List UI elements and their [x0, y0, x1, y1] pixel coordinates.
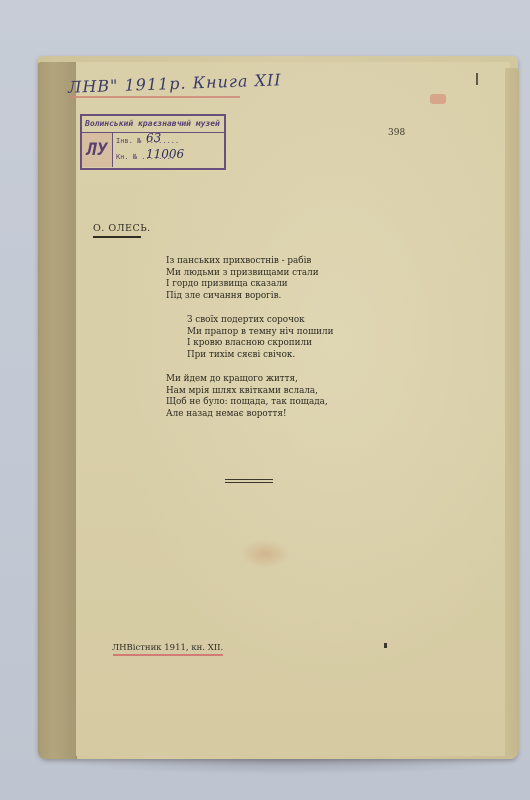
handwritten-underline	[70, 96, 240, 98]
poem-line: Ми прапор в темну ніч пошили	[187, 327, 333, 339]
poem-line: Ми людьми з призвищами стали	[166, 268, 319, 280]
poem-stanza: З своїх подертих сорочок Ми прапор в тем…	[187, 315, 333, 361]
stamp-code: ЛУ	[82, 133, 113, 167]
stamp-field-label: Інв. №	[116, 137, 141, 145]
footer-source: ЛНВістник 1911, кн. XII.	[112, 643, 223, 653]
poem-line: І кровю власною скропили	[187, 338, 333, 350]
booklet-spine	[38, 62, 77, 759]
paper-stain	[240, 540, 290, 568]
museum-stamp: Волинський краєзнавчий музей ЛУ Інв. № .…	[80, 114, 226, 170]
stamp-field-value: 11006	[146, 146, 184, 162]
poem-line: Під зле сичання ворогів.	[166, 291, 319, 303]
poem-line: Але назад немає вороття!	[166, 409, 328, 421]
author-name: О. ОЛЕСЬ.	[93, 223, 151, 234]
poem-line: Ми йдем до кращого життя,	[166, 374, 328, 386]
stamp-field-label: Кн. №	[116, 153, 137, 161]
poem-stanza: Ми йдем до кращого життя, Нам мрія шлях …	[166, 374, 328, 420]
stamp-field-value: 63	[146, 130, 161, 146]
footer-mark	[384, 643, 387, 648]
poem-line: При тихім сяєві свічок.	[187, 350, 333, 362]
poem-line: Нам мрія шлях квітками вслала,	[166, 386, 328, 398]
stamp-field-book: Кн. № ........ 11006	[116, 149, 224, 165]
red-smudge	[430, 94, 446, 104]
author-underline	[93, 236, 141, 238]
poem-line: З своїх подертих сорочок	[187, 315, 333, 327]
poem-line: Щоб не було: пощада, так пощада,	[166, 397, 328, 409]
corner-mark	[476, 73, 478, 85]
footer-underline	[113, 654, 223, 656]
page-edge	[505, 68, 519, 756]
poem-line: І гордо призвища сказали	[166, 279, 319, 291]
poem-line: Із панських прихвостнів - рабів	[166, 256, 319, 268]
page-number: 398	[388, 128, 405, 138]
poem-stanza: Із панських прихвостнів - рабів Ми людьм…	[166, 256, 319, 302]
section-divider	[225, 479, 273, 483]
